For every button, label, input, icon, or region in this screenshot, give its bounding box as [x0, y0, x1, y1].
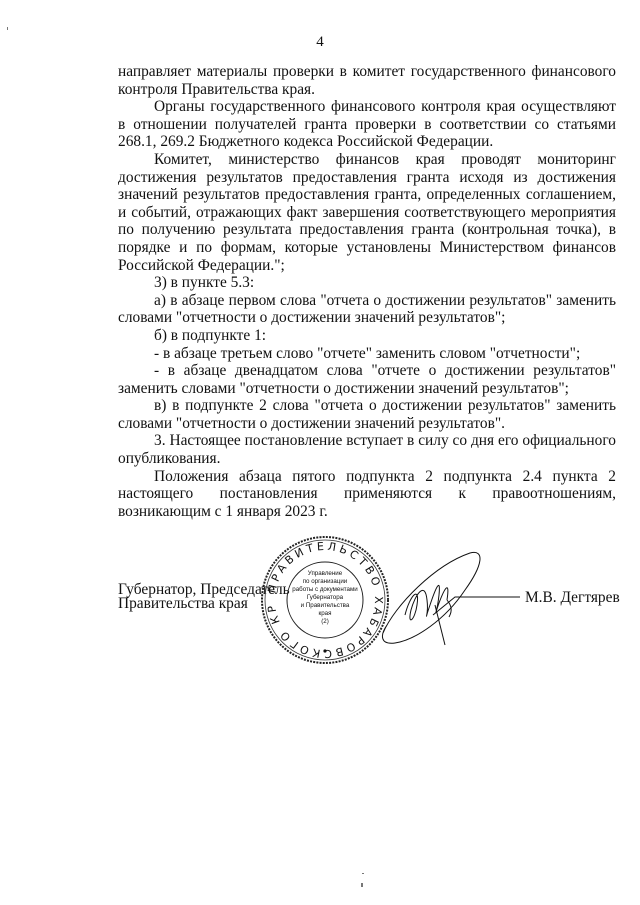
official-stamp-icon: ПРАВИТЕЛЬСТВО ХАБАРОВСКОГО КРАЯ Управлен… — [260, 535, 390, 665]
paragraph-continuation: направляет материалы проверки в комитет … — [118, 63, 616, 98]
document-body: направляет материалы проверки в комитет … — [118, 63, 616, 520]
clause-retroactive: Положения абзаца пятого подпункта 2 подп… — [118, 468, 616, 521]
item-3b-dash-2: - в абзаце двенадцатом слова "отчете о д… — [118, 362, 616, 397]
clause-3-effective: 3. Настоящее постановление вступает в си… — [118, 432, 616, 467]
scan-speck — [7, 27, 8, 30]
svg-text:(2): (2) — [321, 618, 329, 625]
item-3b-heading: б) в подпункте 1: — [118, 327, 616, 345]
paragraph-control-bodies: Органы государственного финансового конт… — [118, 98, 616, 151]
handwritten-signature-icon — [375, 545, 525, 665]
svg-text:работы с документами: работы с документами — [292, 586, 358, 593]
item-3b-dash-1: - в абзаце третьем слово "отчете" замени… — [118, 345, 616, 363]
svg-text:и Правительства: и Правительства — [301, 602, 350, 609]
svg-text:по организации: по организации — [303, 578, 348, 585]
scan-speck — [361, 883, 363, 887]
svg-text:Губернатора: Губернатора — [307, 594, 344, 601]
paragraph-monitoring: Комитет, министерство финансов края пров… — [118, 151, 616, 274]
svg-text:края: края — [319, 610, 332, 617]
item-3a: а) в абзаце первом слова "отчета о дости… — [118, 292, 616, 327]
svg-text:Управление: Управление — [308, 570, 343, 577]
scan-speck — [362, 873, 364, 874]
item-3v: в) в подпункте 2 слова "отчета о достиже… — [118, 397, 616, 432]
page-number: 4 — [0, 34, 640, 51]
signatory-name: М.В. Дегтярев — [525, 589, 620, 607]
item-3-heading: 3) в пункте 5.3: — [118, 274, 616, 292]
